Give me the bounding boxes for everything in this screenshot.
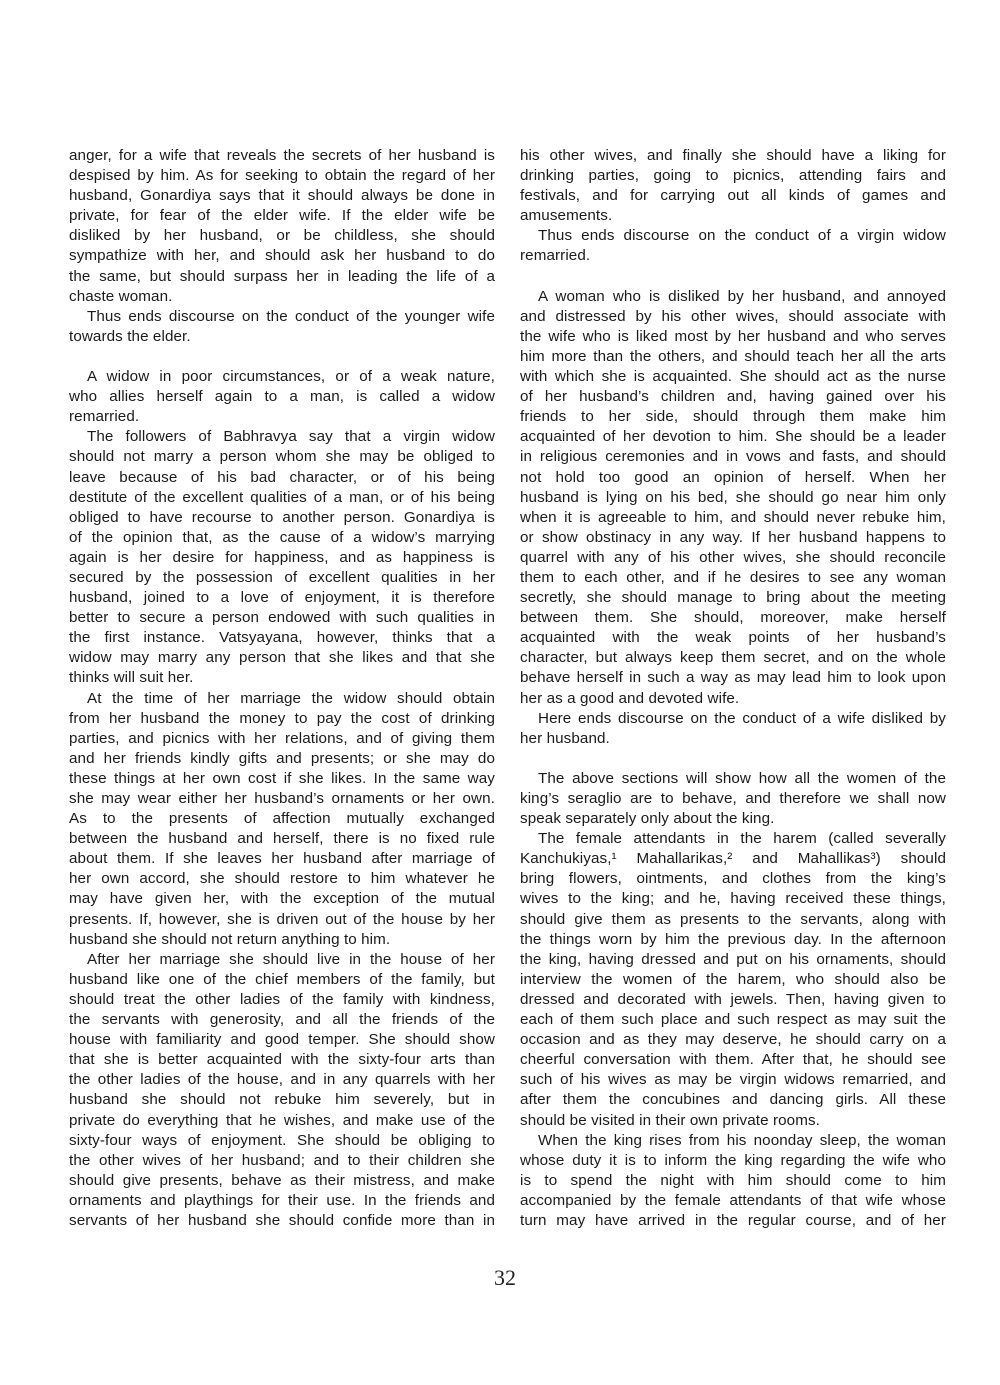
text-line: after them the concubines and dancing gi… <box>520 1090 946 1110</box>
text-line: him more than the others, and should tea… <box>520 347 946 367</box>
text-line: accompanied by the female attendants of … <box>520 1191 946 1211</box>
text-line: such of his wives as may be virgin widow… <box>520 1070 946 1090</box>
text-line: the same, but should surpass her in lead… <box>69 267 495 287</box>
text-line: widow may marry any person that she like… <box>69 648 495 668</box>
text-line: of her husband’s children and, having ga… <box>520 387 946 407</box>
paragraph: When the king rises from his noonday sle… <box>520 1131 946 1231</box>
text-line: her husband. <box>520 729 946 749</box>
text-line: A widow in poor circumstances, or of a w… <box>69 367 495 387</box>
text-line: that she is better acquainted with the s… <box>69 1050 495 1070</box>
text-line: The followers of Babhravya say that a vi… <box>69 427 495 447</box>
text-line: sixty-four ways of enjoyment. She should… <box>69 1131 495 1151</box>
text-line: Thus ends discourse on the conduct of a … <box>520 226 946 246</box>
text-line: should be visited in their own private r… <box>520 1111 946 1131</box>
text-line: Here ends discourse on the conduct of a … <box>520 709 946 729</box>
text-line: husband she should not return anything t… <box>69 930 495 950</box>
text-line: acquainted with the weak points of her h… <box>520 628 946 648</box>
right-column: his other wives, and finally she should … <box>520 146 946 1231</box>
paragraph: The followers of Babhravya say that a vi… <box>69 427 495 688</box>
text-line: parties, and picnics with her relations,… <box>69 729 495 749</box>
text-line: When the king rises from his noonday sle… <box>520 1131 946 1151</box>
text-line: bring flowers, ointments, and clothes fr… <box>520 869 946 889</box>
text-line: destitute of the excellent qualities of … <box>69 488 495 508</box>
page-number: 32 <box>0 1265 1000 1291</box>
text-line: turn may have arrived in the regular cou… <box>520 1211 946 1231</box>
text-line: the things worn by him the previous day.… <box>520 930 946 950</box>
text-line: dressed and decorated with jewels. Then,… <box>520 990 946 1010</box>
text-line: between the husband and herself, there i… <box>69 829 495 849</box>
text-line: between them. She should, moreover, make… <box>520 608 946 628</box>
text-line: speak separately only about the king. <box>520 809 946 829</box>
text-line: from her husband the money to pay the co… <box>69 709 495 729</box>
text-line: may have given her, with the exception o… <box>69 889 495 909</box>
text-line: character, but always keep them secret, … <box>520 648 946 668</box>
text-line: After her marriage she should live in th… <box>69 950 495 970</box>
text-line: the first instance. Vatsyayana, however,… <box>69 628 495 648</box>
text-line: private do everything that he wishes, an… <box>69 1111 495 1131</box>
text-line: obliged to have recourse to another pers… <box>69 508 495 528</box>
text-line: remarried. <box>520 246 946 266</box>
text-line: wives to the king; and he, having receiv… <box>520 889 946 909</box>
text-line: whose duty it is to inform the king rega… <box>520 1151 946 1171</box>
text-line: when it is agreeable to him, and should … <box>520 508 946 528</box>
left-column: anger, for a wife that reveals the secre… <box>69 146 495 1231</box>
text-line: should treat the other ladies of the fam… <box>69 990 495 1010</box>
text-line: towards the elder. <box>69 327 495 347</box>
text-line: secretly, she should manage to bring abo… <box>520 588 946 608</box>
text-line: disliked by her husband, or be childless… <box>69 226 495 246</box>
text-line: the servants with generosity, and all th… <box>69 1010 495 1030</box>
text-line: husband, joined to a love of enjoyment, … <box>69 588 495 608</box>
paragraph: The female attendants in the harem (call… <box>520 829 946 1130</box>
text-line: The above sections will show how all the… <box>520 769 946 789</box>
text-line: amusements. <box>520 206 946 226</box>
text-line: leave because of his bad character, or o… <box>69 468 495 488</box>
text-line: The female attendants in the harem (call… <box>520 829 946 849</box>
text-line: At the time of her marriage the widow sh… <box>69 689 495 709</box>
text-line: quarrel with any of his other wives, she… <box>520 548 946 568</box>
text-line: each of them such place and such respect… <box>520 1010 946 1030</box>
text-line: should not marry a person whom she may b… <box>69 447 495 467</box>
text-line: Kanchukiyas,¹ Mahallarikas,² and Mahalli… <box>520 849 946 869</box>
text-line: husband she should not rebuke him severe… <box>69 1090 495 1110</box>
text-line: she may wear either her husband’s orname… <box>69 789 495 809</box>
text-line: with which she is acquainted. She should… <box>520 367 946 387</box>
paragraph: anger, for a wife that reveals the secre… <box>69 146 495 307</box>
text-line: the king, having dressed and put on his … <box>520 950 946 970</box>
text-line: behave herself in such a way as may lead… <box>520 668 946 688</box>
text-line: acquainted of her devotion to him. She s… <box>520 427 946 447</box>
text-line: drinking parties, going to picnics, atte… <box>520 166 946 186</box>
text-line: chaste woman. <box>69 287 495 307</box>
text-line: Thus ends discourse on the conduct of th… <box>69 307 495 327</box>
text-line: occasion and as they may deserve, he sho… <box>520 1030 946 1050</box>
text-line: of the opinion that, as the cause of a w… <box>69 528 495 548</box>
text-line: and distressed by his other wives, shoul… <box>520 307 946 327</box>
text-line: her own accord, she should restore to hi… <box>69 869 495 889</box>
paragraph: The above sections will show how all the… <box>520 769 946 829</box>
text-line: who allies herself again to a man, is ca… <box>69 387 495 407</box>
text-line: the other wives of her husband; and to t… <box>69 1151 495 1171</box>
text-line: husband like one of the chief members of… <box>69 970 495 990</box>
text-line: festivals, and for carrying out all kind… <box>520 186 946 206</box>
text-line: the other ladies of the house, and in an… <box>69 1070 495 1090</box>
paragraph: Thus ends discourse on the conduct of th… <box>69 307 495 347</box>
text-line: or show obstinacy in any way. If her hus… <box>520 528 946 548</box>
text-line: secured by the possession of excellent q… <box>69 568 495 588</box>
text-line: her as a good and devoted wife. <box>520 689 946 709</box>
text-line: should give them as presents to the serv… <box>520 910 946 930</box>
paragraph: At the time of her marriage the widow sh… <box>69 689 495 950</box>
text-line: should give presents, behave as their mi… <box>69 1171 495 1191</box>
paragraph: Here ends discourse on the conduct of a … <box>520 709 946 749</box>
text-line: ornaments and playthings for their use. … <box>69 1191 495 1211</box>
section-break <box>520 749 946 769</box>
text-line: better to secure a person endowed with s… <box>69 608 495 628</box>
text-line: his other wives, and finally she should … <box>520 146 946 166</box>
text-line: these things at her own cost if she like… <box>69 769 495 789</box>
text-line: and her friends kindly gifts and present… <box>69 749 495 769</box>
text-line: despised by him. As for seeking to obtai… <box>69 166 495 186</box>
text-line: remarried. <box>69 407 495 427</box>
text-line: about them. If she leaves her husband af… <box>69 849 495 869</box>
paragraph: After her marriage she should live in th… <box>69 950 495 1231</box>
text-line: husband, Gonardiya says that it should a… <box>69 186 495 206</box>
text-line: husband is lying on his bed, she should … <box>520 488 946 508</box>
text-line: sympathize with her, and should ask her … <box>69 246 495 266</box>
text-line: anger, for a wife that reveals the secre… <box>69 146 495 166</box>
text-line: presents. If, however, she is driven out… <box>69 910 495 930</box>
text-line: not hold too good an opinion of herself.… <box>520 468 946 488</box>
text-line: again is her desire for happiness, and a… <box>69 548 495 568</box>
text-line: in religious ceremonies and in vows and … <box>520 447 946 467</box>
text-line: A woman who is disliked by her husband, … <box>520 287 946 307</box>
paragraph: his other wives, and finally she should … <box>520 146 946 226</box>
text-line: king’s seraglio are to behave, and there… <box>520 789 946 809</box>
text-line: house with familiarity and good temper. … <box>69 1030 495 1050</box>
section-break <box>69 347 495 367</box>
text-line: private, for fear of the elder wife. If … <box>69 206 495 226</box>
text-line: thinks will suit her. <box>69 668 495 688</box>
text-line: is to spend the night with him should co… <box>520 1171 946 1191</box>
text-line: the wife who is liked most by her husban… <box>520 327 946 347</box>
section-break <box>520 267 946 287</box>
paragraph: A woman who is disliked by her husband, … <box>520 287 946 709</box>
text-line: As to the presents of affection mutually… <box>69 809 495 829</box>
paragraph: A widow in poor circumstances, or of a w… <box>69 367 495 427</box>
text-line: friends to her side, should through them… <box>520 407 946 427</box>
paragraph: Thus ends discourse on the conduct of a … <box>520 226 946 266</box>
text-line: cheerful conversation with them. After t… <box>520 1050 946 1070</box>
text-line: them to each other, and if he desires to… <box>520 568 946 588</box>
text-line: interview the women of the harem, who sh… <box>520 970 946 990</box>
text-line: servants of her husband she should confi… <box>69 1211 495 1231</box>
